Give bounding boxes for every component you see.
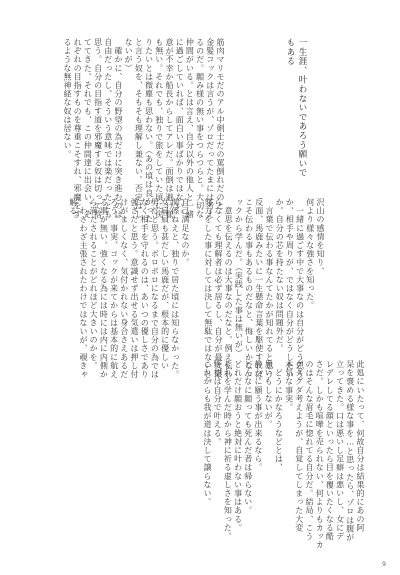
text-line: どれだけ願おうと絶対に叶わない事はある。 [232, 360, 242, 530]
text-line: 金髪コックは言うが、ゾロだってたまには考え [205, 38, 215, 176]
text-line: 男だと思う。ボロボロになるまで自分の為では [149, 198, 159, 336]
text-line: か、相手や周りが、ではなく自分がどうしたい [284, 198, 294, 336]
text-line: 反面、馬鹿みたいに一生懸命言葉を駆使すれば [254, 198, 264, 336]
text-line: どんなに願っても死んだ者は帰らない。 [243, 360, 253, 530]
text-block-top-left: 筋肉マリモだのアル中剣士だの罵倒れだのと 金髪コックは言うが、ゾロだってたまには… [62, 38, 225, 176]
text-line: なく相手を守れるのは、あいつの優しさであり [139, 198, 149, 336]
text-line: るような無神経な奴は居ない。 [62, 38, 72, 176]
text-line: れぞれの目指すものを尊重こそすれ、邪魔をす [72, 38, 82, 176]
text-line: 仲間がいる。とは言え、自分以外の他人と一緒 [184, 38, 194, 176]
text-line: 呆を褒める様な事を…と思ったら、ゾロは腹が [345, 360, 355, 530]
text-line: らなくても理解者は必ず居るし、自分が最大限 [213, 198, 223, 336]
text-block-middle-left: 自己満足なのか。 関係ねえと、独りで居た頃には知らなかった。 女扁屓も甚だしい馬… [68, 198, 190, 336]
text-line: こそ伝わる事もあるものだなと、悔しいかなコ [243, 198, 253, 336]
text-line: る事が無い。強くなる為には時には内に内側か [98, 198, 108, 336]
text-block-bottom-right: 此処にいたって、何故自分は結果的にあの阿 呆を褒める様な事を…と思ったら、ゾロは… [202, 360, 365, 530]
text-line: 言葉で伝わる事なんてたかが知れてると思う [264, 198, 274, 336]
text-line: どうにかなろうなどとは、 [273, 360, 283, 530]
text-line: 意が不幸か船長からしてアレだ。面倒は避け様 [164, 38, 174, 176]
text-line: 何より様々な強さを知った。 [305, 198, 315, 336]
text-line: 思いもしないが。 [263, 360, 273, 530]
text-line: 関係ねえと、独りで居た頃には知らなかった。 [170, 198, 180, 336]
text-line: 意思を伝えるのは大事なのだなと。例え伝わ [223, 198, 233, 336]
text-line: けがましくなく、気付かれない身合さえあるだ [119, 198, 129, 336]
text-line: これからも我が道は決して譲らない。 [202, 360, 212, 530]
text-line: 立ってきた。口は悪いし足癖は悪いし、女にデ [334, 360, 344, 530]
chapter-heading: 一生涯、叶わないであろう願いでもある [284, 38, 308, 178]
text-line: も無い。それでも、独りで旅をしていた頃に戻 [154, 38, 164, 176]
text-line: に過ごしていれば、面白い事ばかりではない。 [174, 38, 184, 176]
text-line: のはそんな眉毛に惚れてる自分だ。結局、こう [304, 360, 314, 530]
text-line: と言う奴を、そもそも理解し兼ない。否定はし [133, 38, 143, 176]
text-line: るのだ。願み様の無い事をつらつらと。大切な [194, 38, 204, 176]
text-line: レデレしてる顔といったら目を覆いたくなる酷 [324, 360, 334, 530]
text-line: 筋肉マリモだのアル中剣士だの罵倒れだのと [215, 38, 225, 176]
text-line: 本気な事実。 [283, 360, 293, 530]
text-line: か。自分の芯を持たない奴は問題外だ。 [274, 198, 284, 336]
text-line: 静かに願う事が出来るなら。 [253, 360, 263, 530]
text-line: りたいとは微塵も思わない。（あの頃は良かった [143, 38, 153, 176]
text-line: ら満たされることがどれほど大きいのかを。 [88, 198, 98, 336]
text-line: わざわざ主張されたわけではないが、覗きゃ [78, 198, 88, 336]
text-line: 自己満足なのか。 [180, 198, 190, 336]
text-line: 沢山の感情を知り、 [315, 198, 325, 336]
document-page: 一生涯、叶わないであろう願いでもある 筋肉マリモだのアル中剣士だの罵倒れだのと … [0, 0, 400, 575]
text-line: 此処にいたって、何故自分は結果的にあの阿 [355, 360, 365, 530]
text-line: さだ。しかも喧嘩を売られない、何よりもカッカ [314, 360, 324, 530]
text-line: 強さだと思う。意識せず出せる気遣いは押し付 [129, 198, 139, 336]
text-line: 女扁屓も甚だしい馬鹿だが、根本的に優しい [159, 198, 169, 336]
text-line: ててきた。それでも、この仲間達に出会い、そ [82, 38, 92, 176]
text-line: ないが） [123, 38, 133, 176]
text-line: ろう。事実、コックが来てからは基本的に航え [108, 198, 118, 336]
text-line: 解る。 [68, 198, 78, 336]
text-line: 野望は自分で叶える。 [212, 360, 222, 530]
text-line: 一緒に過ごす中で大事なのは自分がどう思う [294, 198, 304, 336]
text-line: グダグダ考えようが、自覚してしまった大変 [294, 360, 304, 530]
text-line: 確かに、自分の野望の為だけに突き進むのは [113, 38, 123, 176]
page-number: 9 [382, 561, 386, 568]
text-line: 思う。自分の目指す道を邪魔する奴は切って捨 [92, 38, 102, 176]
text-line: それを学んだ時から神に祈る虚しさを知った。 [222, 360, 232, 530]
text-block-middle-right: 沢山の感情を知り、 何より様々な強さを知った。 一緒に過ごす中で大事なのは自分が… [203, 198, 325, 336]
text-line: 努力をした事に対しては決して無駄ではないと。 [203, 198, 213, 336]
text-line: ックから学んだ。（実践した事は無いが） [233, 198, 243, 336]
text-line: 自由だったし、そういう意味では楽だったとも [103, 38, 113, 176]
